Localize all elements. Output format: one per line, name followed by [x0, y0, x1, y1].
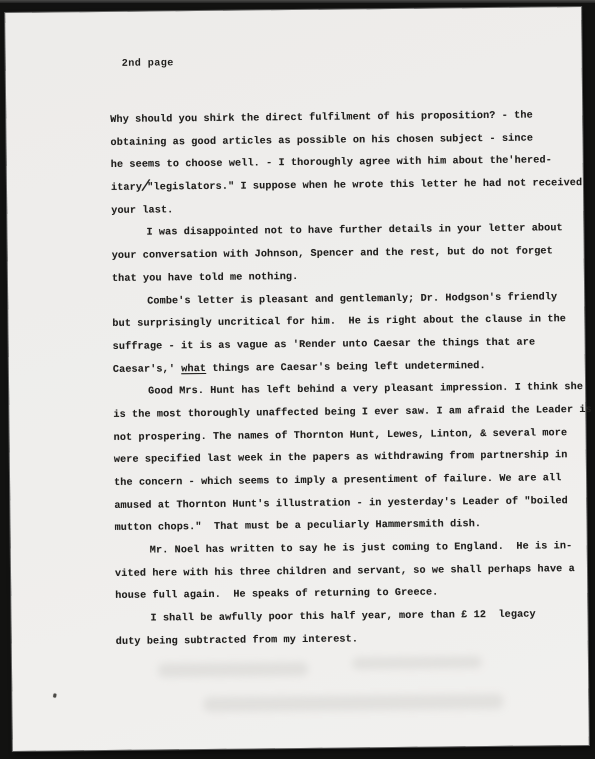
letter-page: 2nd page Why should you shirk the direct…	[5, 7, 589, 751]
show-through-smudge	[203, 694, 503, 712]
show-through-smudge	[158, 662, 308, 678]
stray-ink-mark	[53, 693, 57, 697]
scanner-edge-highlight	[0, 0, 595, 3]
letter-body: Why should you shirk the direct fulfilme…	[110, 109, 586, 658]
show-through-smudge	[352, 656, 482, 669]
page-number-label: 2nd page	[122, 58, 174, 70]
scanner-background: { "colors": { "background": "#121211", "…	[0, 0, 595, 759]
text-line: duty being subtracted from my interest.	[116, 631, 586, 659]
